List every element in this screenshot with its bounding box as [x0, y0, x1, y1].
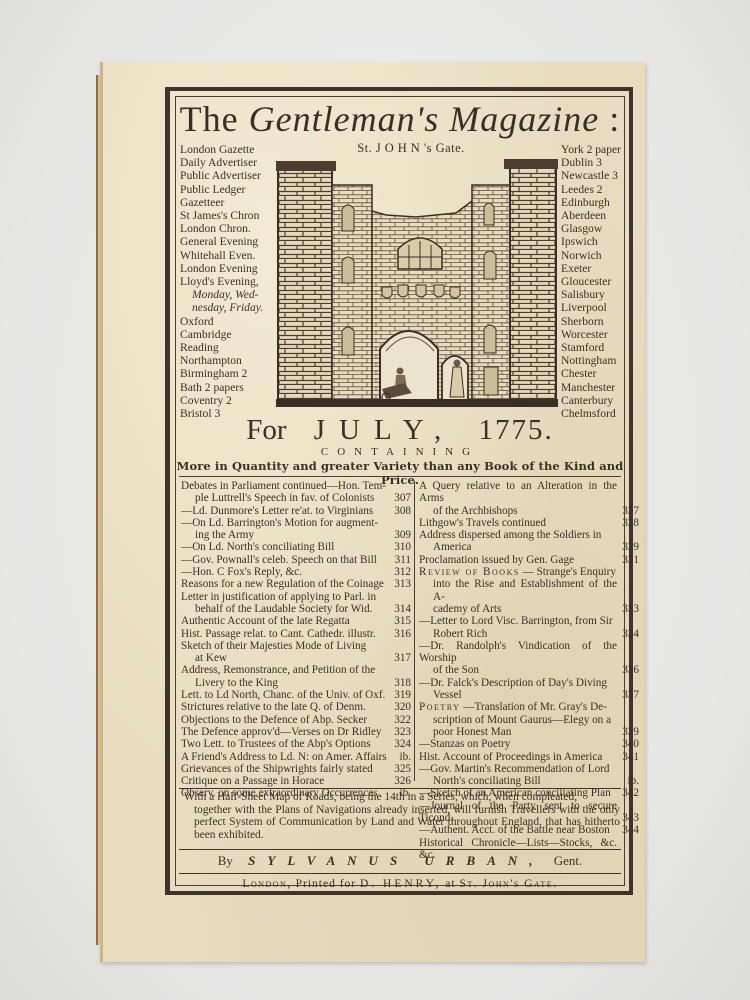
toc-entry: —Hon. C Fox's Reply, &c.312 [181, 566, 411, 578]
toc-page-number: 316 [394, 628, 411, 640]
toc-entry: The Defence approv'd—Verses on Dr Ridley… [181, 726, 411, 738]
newspaper-town: Glasgow [561, 222, 639, 235]
st-johns-gate-engraving-image [276, 151, 558, 409]
toc-page-number: 344 [622, 824, 639, 836]
newspaper-town: Canterbury [561, 394, 639, 407]
toc-entry-continuation: scription of Mount Gaurus—Elegy on a [419, 714, 617, 726]
toc-entry-continuation: cademy of Arts [419, 603, 617, 615]
newspaper-town: Worcester [561, 328, 639, 341]
imprint-printer: D. HENRY, [360, 878, 441, 890]
toc-page-number: 341 [622, 751, 639, 763]
toc-entry-title: —On Ld. Barrington's Motion for augment- [181, 517, 378, 529]
newspaper-name: St James's Chron [180, 209, 276, 222]
newspaper-name: London Gazette [180, 143, 276, 156]
toc-page-number: 324 [394, 738, 411, 750]
toc-entry: Reasons for a new Regulation of the Coin… [181, 578, 411, 590]
toc-entry: Hist. Account of Proceedings in America3… [419, 751, 639, 763]
toc-page-number: ib. [400, 751, 412, 763]
toc-entry-title: —On Ld. North's conciliating Bill [181, 541, 334, 553]
newspaper-town: Stamford [561, 341, 639, 354]
toc-page-number: 323 [394, 726, 411, 738]
imprint: London, Printed for D. HENRY, at St. Joh… [176, 878, 624, 890]
toc-page-number: 319 [394, 689, 411, 701]
toc-entry: —On Ld. North's conciliating Bill310 [181, 541, 411, 553]
toc-entry-continuation: Robert Rich [419, 628, 617, 640]
toc-entry-continuation: poor Honest Man [419, 726, 617, 738]
rule-above-note [179, 788, 621, 789]
magazine-cover-page: The Gentleman's Magazine : London Gazett… [100, 62, 645, 962]
toc-entry: —On Ld. Barrington's Motion for augment-… [181, 517, 411, 542]
toc-entry-title: Reasons for a new Regulation of the Coin… [181, 578, 384, 590]
newspaper-town: Chester [561, 367, 639, 380]
toc-page-number: 328 [622, 517, 639, 529]
toc-entry-title: Address, Remonstrance, and Petition of t… [181, 664, 375, 676]
toc-entry: —Dr. Randolph's Vindication of the Worsh… [419, 640, 639, 677]
masthead-name: Gentleman's Magazine [249, 99, 600, 139]
toc-entry-title: The Defence approv'd—Verses on Dr Ridley [181, 726, 382, 738]
imprint-place: St. John's Gate. [459, 878, 557, 890]
newspaper-town: Nottingham [561, 354, 639, 367]
newspaper-town: Oxford [180, 315, 276, 328]
newspaper-town: Gloucester [561, 275, 639, 288]
toc-entry-title: Hist. Passage relat. to Cant. Cathedr. i… [181, 628, 376, 640]
map-supplement-note: With a Half-Sheet Map of Roads, being th… [184, 791, 620, 841]
toc-entry-title: —Letter to Lord Visc. Barrington, from S… [419, 615, 613, 627]
newspaper-name: General Evening [180, 235, 276, 248]
newspaper-days: Monday, Wed- [192, 288, 276, 301]
newspaper-town: Coventry 2 [180, 394, 276, 407]
toc-page-number: 342 [622, 787, 639, 799]
byline-author: SYLVANUS URBAN, [248, 853, 544, 868]
toc-entry-title: —Translation of Mr. Gray's De- [460, 701, 606, 713]
newspaper-town: Dublin 3 [561, 156, 639, 169]
toc-entry: Two Lett. to Trustees of the Abp's Optio… [181, 738, 411, 750]
newspaper-town: Aberdeen [561, 209, 639, 222]
toc-entry: Strictures relative to the late Q. of De… [181, 701, 411, 713]
toc-page-number: 320 [394, 701, 411, 713]
toc-entry-title: — Strange's Enquiry [520, 566, 616, 578]
toc-entry: —Gov. Pownall's celeb. Speech on that Bi… [181, 554, 411, 566]
toc-page-number: 337 [622, 689, 639, 701]
toc-entry-continuation: behalf of the Laudable Society for Wid. [181, 603, 389, 615]
newspaper-name: London Evening [180, 262, 276, 275]
imprint-city: London, [242, 878, 291, 890]
newspaper-town: Leedes 2 [561, 183, 639, 196]
toc-entry: —Stanzas on Poetry340 [419, 738, 639, 750]
toc-entry-title: —Stanzas on Poetry [419, 738, 510, 750]
toc-entry: —Gov. Martin's Recommendation of LordNor… [419, 763, 639, 788]
rule-above-imprint [179, 873, 621, 874]
toc-page-number: 329 [622, 541, 639, 553]
toc-entry-title: A Friend's Address to Ld. N: on Amer. Af… [181, 751, 387, 763]
toc-page-number: 331 [622, 554, 639, 566]
toc-entry: Grievances of the Shipwrights fairly sta… [181, 763, 411, 775]
toc-page-number: 315 [394, 615, 411, 627]
toc-entry: A Query relative to an Alteration in the… [419, 480, 639, 517]
newspaper-town: Liverpool [561, 301, 639, 314]
toc-section-label: Review of Books [419, 566, 520, 578]
toc-entry: Debates in Parliament continued—Hon. Tem… [181, 480, 411, 505]
cover-border-inner: The Gentleman's Magazine : London Gazett… [175, 96, 625, 886]
toc-entry-title: Debates in Parliament continued—Hon. Tem… [181, 480, 386, 492]
toc-page-number: 334 [622, 628, 639, 640]
newspaper-name: Public Ledger [180, 183, 276, 196]
toc-entry-title: Sketch of their Majesties Mode of Living [181, 640, 366, 652]
toc-entry-title: Letter in justification of applying to P… [181, 591, 376, 603]
newspaper-town: Edinburgh [561, 196, 639, 209]
newspaper-town: Norwich [561, 249, 639, 262]
toc-entry-title: Authentic Account of the late Regatta [181, 615, 350, 627]
newspaper-town: Ipswich [561, 235, 639, 248]
toc-entry-title: Two Lett. to Trustees of the Abp's Optio… [181, 738, 371, 750]
byline-by: By [218, 853, 233, 868]
toc-entry: A Friend's Address to Ld. N: on Amer. Af… [181, 751, 411, 763]
newspaper-town: Bath 2 papers [180, 381, 276, 394]
newspaper-town: Northampton [180, 354, 276, 367]
masthead-the: The [180, 99, 239, 139]
table-of-contents: Debates in Parliament continued—Hon. Tem… [179, 476, 621, 788]
masthead-colon: : [609, 99, 620, 139]
toc-entry: Address dispersed among the Soldiers inA… [419, 529, 639, 554]
toc-page-number: 340 [622, 738, 639, 750]
toc-page-number: 308 [394, 505, 411, 517]
toc-entry-title: Lithgow's Travels continued [419, 517, 546, 529]
toc-page-number: 325 [394, 763, 411, 775]
toc-page-number: 314 [394, 603, 411, 615]
newspaper-town: Manchester [561, 381, 639, 394]
newspaper-town: Newcastle 3 [561, 169, 639, 182]
toc-page-number: 322 [394, 714, 411, 726]
toc-column-divider [414, 481, 415, 781]
newspaper-town: Sherborn [561, 315, 639, 328]
toc-page-number: 318 [394, 677, 411, 689]
toc-page-number: 333 [622, 603, 639, 615]
imprint-at: at [445, 878, 455, 890]
newspaper-town: Birmingham 2 [180, 367, 276, 380]
toc-entry-continuation: at Kew [181, 652, 389, 664]
toc-entry: Proclamation issued by Gen. Gage331 [419, 554, 639, 566]
toc-page-number: 317 [394, 652, 411, 664]
toc-page-number: 326 [394, 775, 411, 787]
toc-page-number: 311 [395, 554, 411, 566]
toc-page-number: 336 [622, 664, 639, 676]
toc-entry-title: —Hon. C Fox's Reply, &c. [181, 566, 302, 578]
toc-entry-continuation: of the Son [419, 664, 617, 676]
newspaper-days: nesday, Friday. [192, 301, 276, 314]
toc-entry-title: A Query relative to an Alteration in the… [419, 480, 617, 504]
newspaper-town: Exeter [561, 262, 639, 275]
note-line-rest: together with the Plans of Navigations a… [184, 804, 620, 842]
toc-entry-continuation: Livery to the King [181, 677, 389, 689]
toc-page-number: 309 [394, 529, 411, 541]
toc-entry-title: —Gov. Pownall's celeb. Speech on that Bi… [181, 554, 377, 566]
toc-entry-continuation: into the Rise and Establishment of the A… [419, 578, 617, 603]
toc-entry-continuation: of the Archbishops [419, 505, 617, 517]
newspaper-town: Salisbury [561, 288, 639, 301]
toc-entry-title: Hist. Account of Proceedings in America [419, 751, 602, 763]
toc-entry-continuation: ple Luttrell's Speech in fav. of Colonis… [181, 492, 389, 504]
cover-border-outer: The Gentleman's Magazine : London Gazett… [165, 87, 633, 895]
newspaper-name: Whitehall Even. [180, 249, 276, 262]
toc-entry-continuation: Vessel [419, 689, 617, 701]
newspaper-town: Cambridge [180, 328, 276, 341]
toc-entry: Objections to the Defence of Abp. Secker… [181, 714, 411, 726]
toc-page-number: 343 [622, 812, 639, 824]
newspaper-town: Reading [180, 341, 276, 354]
toc-entry: Poetry —Translation of Mr. Gray's De-scr… [419, 701, 639, 738]
issue-for: For [246, 414, 286, 446]
toc-page-number: ib. [628, 775, 640, 787]
toc-entry-title: Address dispersed among the Soldiers in [419, 529, 601, 541]
toc-entry-title: Critique on a Passage in Horace [181, 775, 324, 787]
toc-entry-title: —Dr. Falck's Description of Day's Diving [419, 677, 607, 689]
newspaper-name: Lloyd's Evening, [180, 275, 276, 288]
toc-entry-title: Grievances of the Shipwrights fairly sta… [181, 763, 373, 775]
byline-title: Gent. [554, 853, 583, 868]
newspaper-list-left: London GazetteDaily AdvertiserPublic Adv… [180, 143, 276, 420]
toc-entry-continuation: ing the Army [181, 529, 389, 541]
toc-page-number: 339 [622, 726, 639, 738]
note-line-1: With a Half-Sheet Map of Roads, being th… [184, 791, 620, 804]
toc-entry: —Ld. Dunmore's Letter re'at. to Virginia… [181, 505, 411, 517]
toc-entry: Letter in justification of applying to P… [181, 591, 411, 616]
newspaper-name: London Chron. [180, 222, 276, 235]
toc-entry-title: —Gov. Martin's Recommendation of Lord [419, 763, 610, 775]
toc-entry-continuation: America [419, 541, 617, 553]
toc-entry: Sketch of their Majesties Mode of Living… [181, 640, 411, 665]
toc-section-label: Poetry [419, 701, 460, 713]
toc-page-number: 327 [622, 505, 639, 517]
toc-entry-title: Lett. to Ld North, Chanc. of the Univ. o… [181, 689, 385, 701]
imprint-printed: Printed for [296, 878, 357, 890]
toc-entry-title: Strictures relative to the late Q. of De… [181, 701, 366, 713]
toc-entry: Lett. to Ld North, Chanc. of the Univ. o… [181, 689, 411, 701]
newspaper-name: Daily Advertiser [180, 156, 276, 169]
toc-entry: Critique on a Passage in Horace326 [181, 775, 411, 787]
toc-entry: Review of Books — Strange's Enquiryinto … [419, 566, 639, 615]
toc-entry-title: —Ld. Dunmore's Letter re'at. to Virginia… [181, 505, 373, 517]
toc-entry-title: —Dr. Randolph's Vindication of the Worsh… [419, 640, 617, 664]
toc-entry: —Dr. Falck's Description of Day's Diving… [419, 677, 639, 702]
newspaper-town: York 2 paper [561, 143, 639, 156]
issue-year: 1775. [479, 414, 554, 446]
toc-page-number: 313 [394, 578, 411, 590]
newspaper-list-right: York 2 paperDublin 3Newcastle 3Leedes 2E… [561, 143, 639, 420]
toc-entry: Authentic Account of the late Regatta315 [181, 615, 411, 627]
containing-heading: CONTAINING [176, 446, 624, 458]
toc-entry-continuation: North's conciliating Bill [419, 775, 617, 787]
rule-above-byline [179, 849, 621, 850]
masthead-title: The Gentleman's Magazine : [176, 97, 624, 141]
toc-entry-title: Objections to the Defence of Abp. Secker [181, 714, 367, 726]
newspaper-name: Public Advertiser [180, 169, 276, 182]
toc-entry: —Letter to Lord Visc. Barrington, from S… [419, 615, 639, 640]
toc-page-number: 310 [394, 541, 411, 553]
issue-date: For JULY, 1775. [176, 413, 624, 447]
toc-page-number: 312 [394, 566, 411, 578]
issue-month: JULY, [314, 414, 456, 446]
toc-entry-title: Proclamation issued by Gen. Gage [419, 554, 574, 566]
toc-entry: Address, Remonstrance, and Petition of t… [181, 664, 411, 689]
toc-entry: Hist. Passage relat. to Cant. Cathedr. i… [181, 628, 411, 640]
byline: By SYLVANUS URBAN, Gent. [176, 853, 624, 869]
toc-column-left: Debates in Parliament continued—Hon. Tem… [181, 480, 411, 800]
toc-page-number: 307 [394, 492, 411, 504]
newspaper-name: Gazetteer [180, 196, 276, 209]
toc-entry: Lithgow's Travels continued328 [419, 517, 639, 529]
